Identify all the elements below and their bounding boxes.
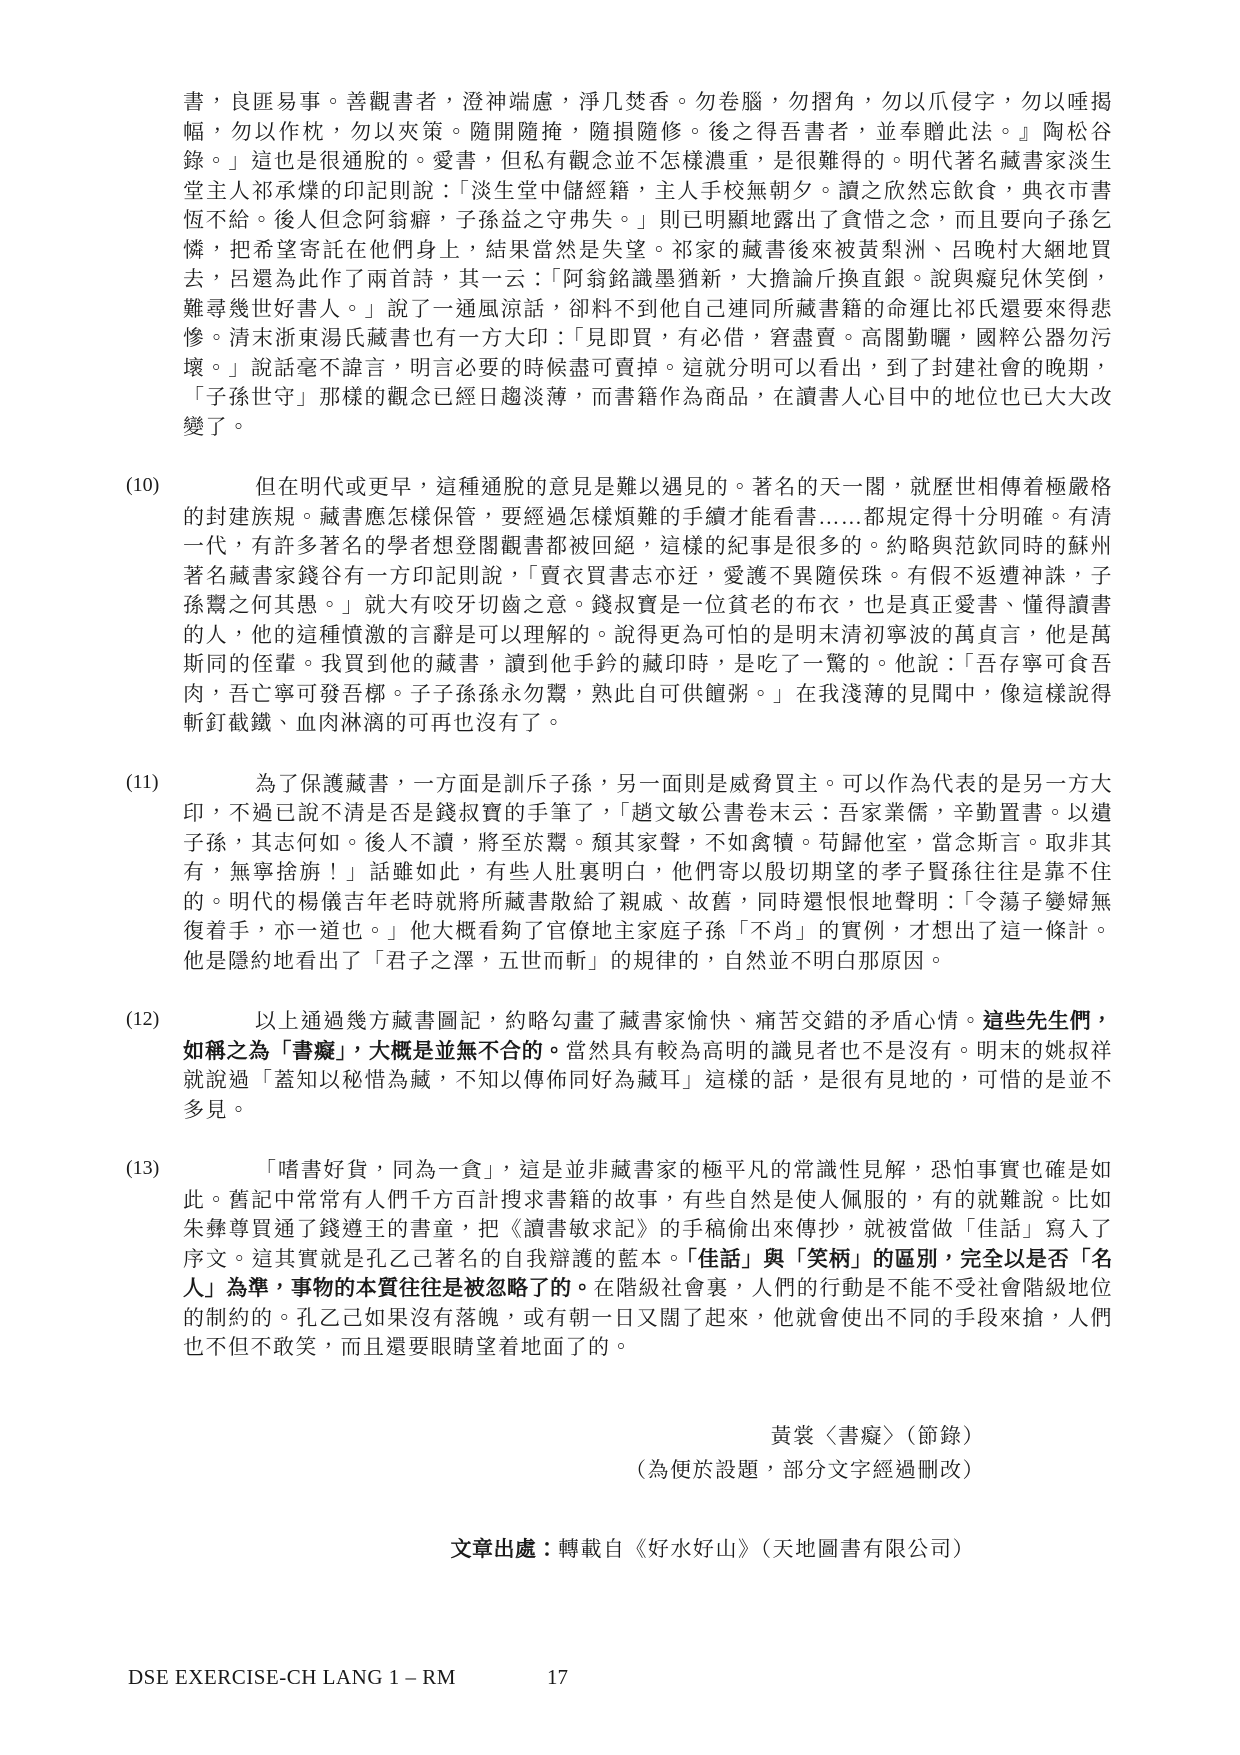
source-line: 文章出處：轉載自《好水好山》（天地圖書有限公司） [183, 1533, 1113, 1563]
paragraph-continuation: 書，良匪易事。善觀書者，澄神端慮，淨几焚香。勿卷腦，勿摺角，勿以爪侵字，勿以唾揭… [183, 88, 1113, 442]
paragraph-text: 為了保護藏書，一方面是訓斥子孫，另一面則是威脅買主。可以作為代表的是另一方大印，… [183, 772, 1113, 973]
paragraph-number: (10) [126, 474, 159, 497]
attribution-note: （為便於設題，部分文字經過刪改） [183, 1453, 985, 1487]
paragraph-number: (12) [126, 1008, 159, 1031]
paragraph-body: 但在明代或更早，這種通脫的意見是難以遇見的。著名的天一閣，就歷世相傳着極嚴格的封… [183, 473, 1113, 739]
paragraph-body: 「嗜書好貨，同為一貪」，這是並非藏書家的極平凡的常識性見解，恐怕事實也確是如此。… [183, 1156, 1113, 1363]
paragraph-12: (12) 以上通過幾方藏書圖記，約略勾畫了藏書家愉快、痛苦交錯的矛盾心情。這些先… [183, 1007, 1113, 1125]
source-text: 轉載自《好水好山》（天地圖書有限公司） [558, 1537, 975, 1561]
paragraph-body: 以上通過幾方藏書圖記，約略勾畫了藏書家愉快、痛苦交錯的矛盾心情。這些先生們，如稱… [183, 1007, 1113, 1125]
paragraph-11: (11) 為了保護藏書，一方面是訓斥子孫，另一面則是威脅買主。可以作為代表的是另… [183, 770, 1113, 977]
paragraph-body: 書，良匪易事。善觀書者，澄神端慮，淨几焚香。勿卷腦，勿摺角，勿以爪侵字，勿以唾揭… [183, 88, 1113, 442]
paragraph-13: (13) 「嗜書好貨，同為一貪」，這是並非藏書家的極平凡的常識性見解，恐怕事實也… [183, 1156, 1113, 1363]
footer-document-code: DSE EXERCISE-CH LANG 1 – RM [128, 1665, 456, 1690]
source-label: 文章出處： [451, 1538, 559, 1561]
paragraph-text: 書，良匪易事。善觀書者，澄神端慮，淨几焚香。勿卷腦，勿摺角，勿以爪侵字，勿以唾揭… [183, 90, 1113, 439]
attribution-author-title: 黃裳〈書癡〉（節錄） [183, 1419, 985, 1453]
paragraph-text: 但在明代或更早，這種通脫的意見是難以遇見的。著名的天一閣，就歷世相傳着極嚴格的封… [183, 475, 1113, 735]
paragraph-text: 以上通過幾方藏書圖記，約略勾畫了藏書家愉快、痛苦交錯的矛盾心情。 [255, 1009, 983, 1033]
paragraph-10: (10) 但在明代或更早，這種通脫的意見是難以遇見的。著名的天一閣，就歷世相傳着… [183, 473, 1113, 739]
paragraph-body: 為了保護藏書，一方面是訓斥子孫，另一面則是威脅買主。可以作為代表的是另一方大印，… [183, 770, 1113, 977]
paragraph-number: (13) [126, 1157, 159, 1180]
paragraph-number: (11) [126, 771, 159, 794]
document-page: 書，良匪易事。善觀書者，澄神端慮，淨几焚香。勿卷腦，勿摺角，勿以爪侵字，勿以唾揭… [0, 0, 1240, 1755]
footer-page-number: 17 [547, 1665, 568, 1690]
passage-content: 書，良匪易事。善觀書者，澄神端慮，淨几焚香。勿卷腦，勿摺角，勿以爪侵字，勿以唾揭… [183, 88, 1113, 1563]
attribution-block: 黃裳〈書癡〉（節錄） （為便於設題，部分文字經過刪改） [183, 1419, 1113, 1487]
